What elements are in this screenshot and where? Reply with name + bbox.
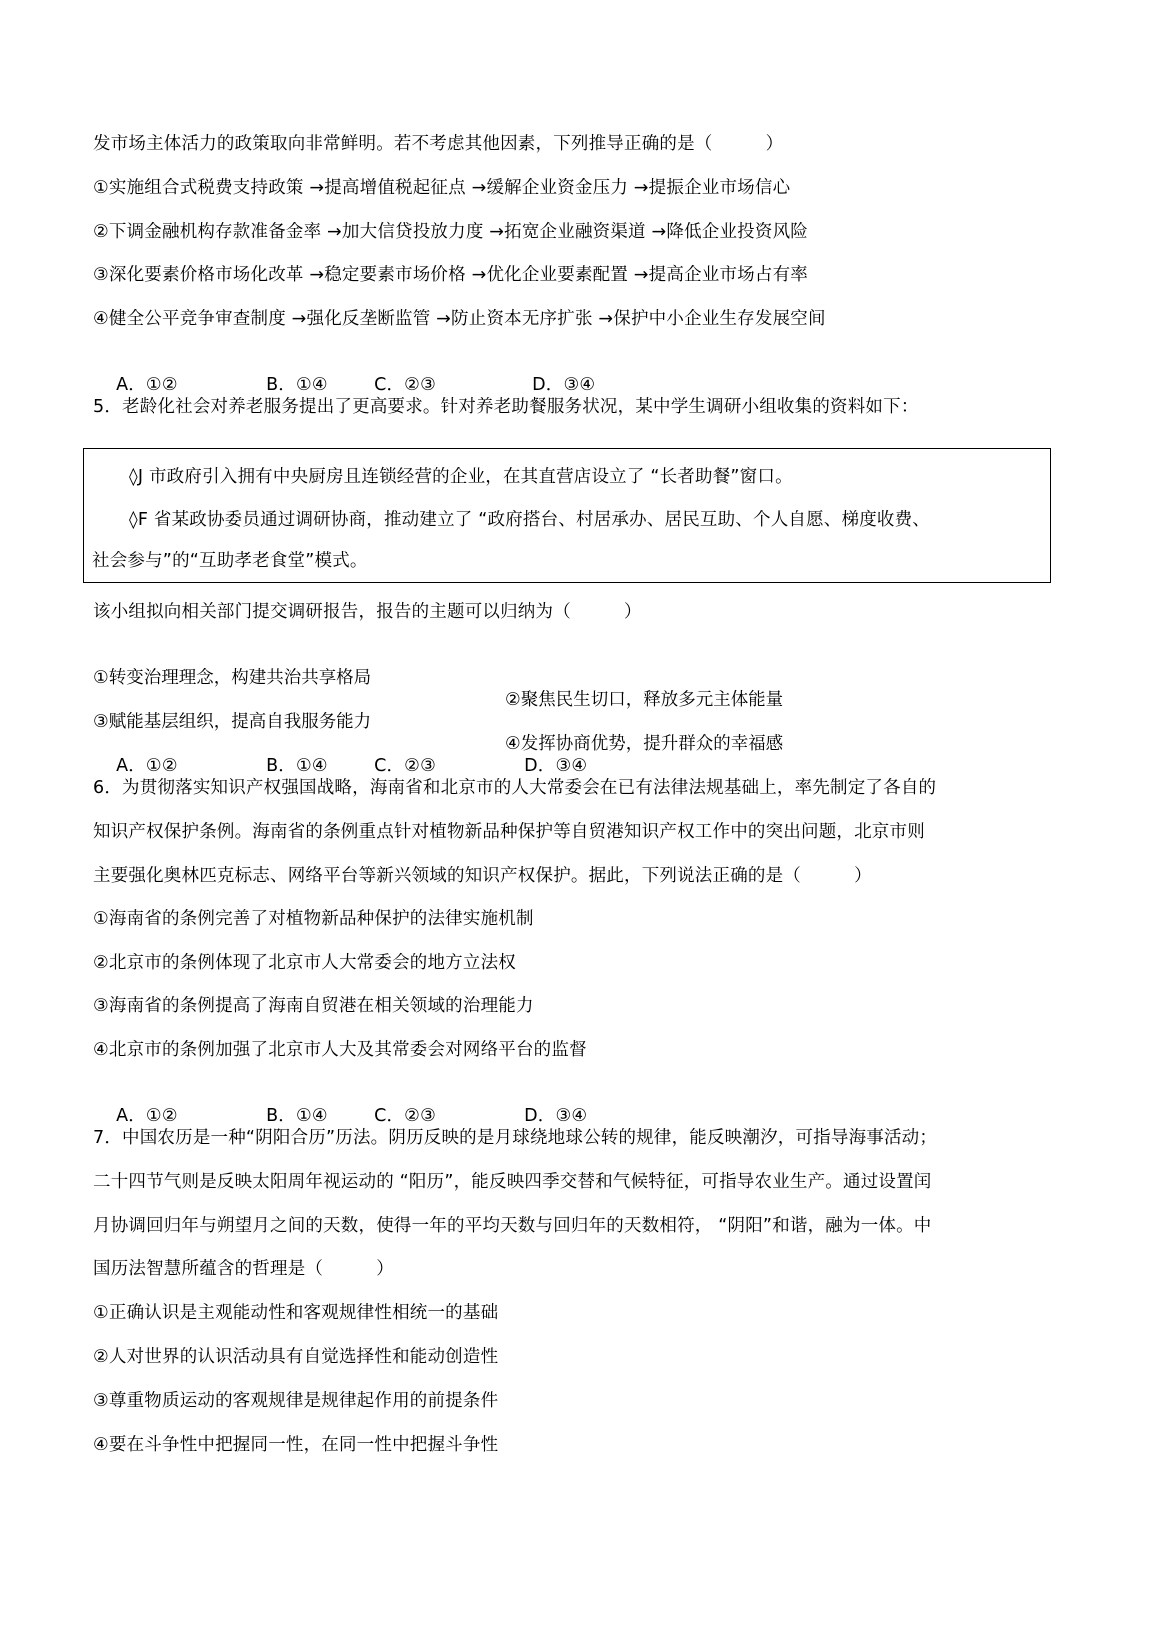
q4-item-1: ①实施组合式税费支持政策 →提高增值税起征点 →缓解企业资金压力 →提振企业市场… [93, 177, 790, 199]
q5-option-b: B．①④ [266, 755, 374, 777]
q7-stem-2: 二十四节气则是反映太阳周年视运动的 “阳历”，能反映四季交替和气候特征，可指导农… [93, 1171, 932, 1193]
q5-material-1: ◊J 市政府引入拥有中央厨房且连锁经营的企业，在其直营店设立了 “长者助餐”窗口… [129, 466, 793, 488]
q5-items-row-1: ①转变治理理念，构建共治共享格局 ②聚焦民生切口，释放多元主体能量 [93, 645, 993, 667]
q5-option-d: D．③④ [524, 755, 587, 777]
q6-option-b: B．①④ [266, 1105, 374, 1127]
exam-page: 发市场主体活力的政策取向非常鲜明。若不考虑其他因素，下列推导正确的是（ ） ①实… [0, 0, 1158, 1638]
q7-stem-3: 月协调回归年与朔望月之间的天数，使得一年的平均天数与回归年的天数相符， “阴阳”… [93, 1215, 932, 1237]
q6-item-1: ①海南省的条例完善了对植物新品种保护的法律实施机制 [93, 908, 534, 930]
q6-item-2: ②北京市的条例体现了北京市人大常委会的地方立法权 [93, 952, 516, 974]
q7-item-4: ④要在斗争性中把握同一性，在同一性中把握斗争性 [93, 1434, 498, 1456]
q7-stem-4: 国历法智慧所蕴含的哲理是（ ） [93, 1258, 394, 1280]
q4-option-b: B．①④ [266, 374, 374, 396]
q5-option-c: C．②③ [374, 755, 524, 777]
q4-option-d: D．③④ [532, 374, 595, 396]
q5-item-3: ③赋能基层组织，提高自我服务能力 [93, 711, 371, 733]
q6-option-c: C．②③ [374, 1105, 524, 1127]
q4-option-c: C．②③ [374, 374, 532, 396]
q5-material-3: 社会参与”的“互助孝老食堂”模式。 [92, 550, 368, 572]
q5-items-row-2: ③赋能基层组织，提高自我服务能力 ④发挥协商优势，提升群众的幸福感 [93, 689, 993, 711]
q4-item-3: ③深化要素价格市场化改革 →稳定要素市场价格 →优化企业要素配置 →提高企业市场… [93, 264, 808, 286]
q7-item-1: ①正确认识是主观能动性和客观规律性相统一的基础 [93, 1302, 498, 1324]
q5-stem: 5．老龄化社会对养老服务提出了更高要求。针对养老助餐服务状况，某中学生调研小组收… [93, 396, 919, 418]
q7-stem-1: 7．中国农历是一种“阴阳合历”历法。阴历反映的是月球绕地球公转的规律，能反映潮汐… [93, 1127, 937, 1149]
q5-option-a: A．①② [116, 755, 266, 777]
q6-item-3: ③海南省的条例提高了海南自贸港在相关领域的治理能力 [93, 995, 534, 1017]
q5-material-2: ◊F 省某政协委员通过调研协商，推动建立了 “政府搭台、村居承办、居民互助、个人… [129, 509, 930, 531]
q6-item-4: ④北京市的条例加强了北京市人大及其常委会对网络平台的监督 [93, 1039, 587, 1061]
q7-item-2: ②人对世界的认识活动具有自觉选择性和能动创造性 [93, 1346, 498, 1368]
q4-item-2: ②下调金融机构存款准备金率 →加大信贷投放力度 →拓宽企业融资渠道 →降低企业投… [93, 221, 808, 243]
q6-stem-1: 6．为贯彻落实知识产权强国战略，海南省和北京市的人大常委会在已有法律法规基础上，… [93, 777, 936, 799]
q6-stem-2: 知识产权保护条例。海南省的条例重点针对植物新品种保护等自贸港知识产权工作中的突出… [93, 821, 925, 843]
q5-item-1: ①转变治理理念，构建共治共享格局 [93, 667, 371, 689]
q6-option-d: D．③④ [524, 1105, 587, 1127]
q6-stem-3: 主要强化奥林匹克标志、网络平台等新兴领域的知识产权保护。据此，下列说法正确的是（… [93, 865, 872, 887]
q7-item-3: ③尊重物质运动的客观规律是规律起作用的前提条件 [93, 1390, 498, 1412]
q5-material-box: ◊J 市政府引入拥有中央厨房且连锁经营的企业，在其直营店设立了 “长者助餐”窗口… [83, 448, 1051, 583]
q4-item-4: ④健全公平竞争审查制度 →强化反垄断监管 →防止资本无序扩张 →保护中小企业生存… [93, 308, 826, 330]
q4-option-a: A．①② [116, 374, 266, 396]
q5-question: 该小组拟向相关部门提交调研报告，报告的主题可以归纳为（ ） [93, 601, 642, 623]
q6-option-a: A．①② [116, 1105, 266, 1127]
q4-stem-tail: 发市场主体活力的政策取向非常鲜明。若不考虑其他因素，下列推导正确的是（ ） [93, 133, 783, 155]
